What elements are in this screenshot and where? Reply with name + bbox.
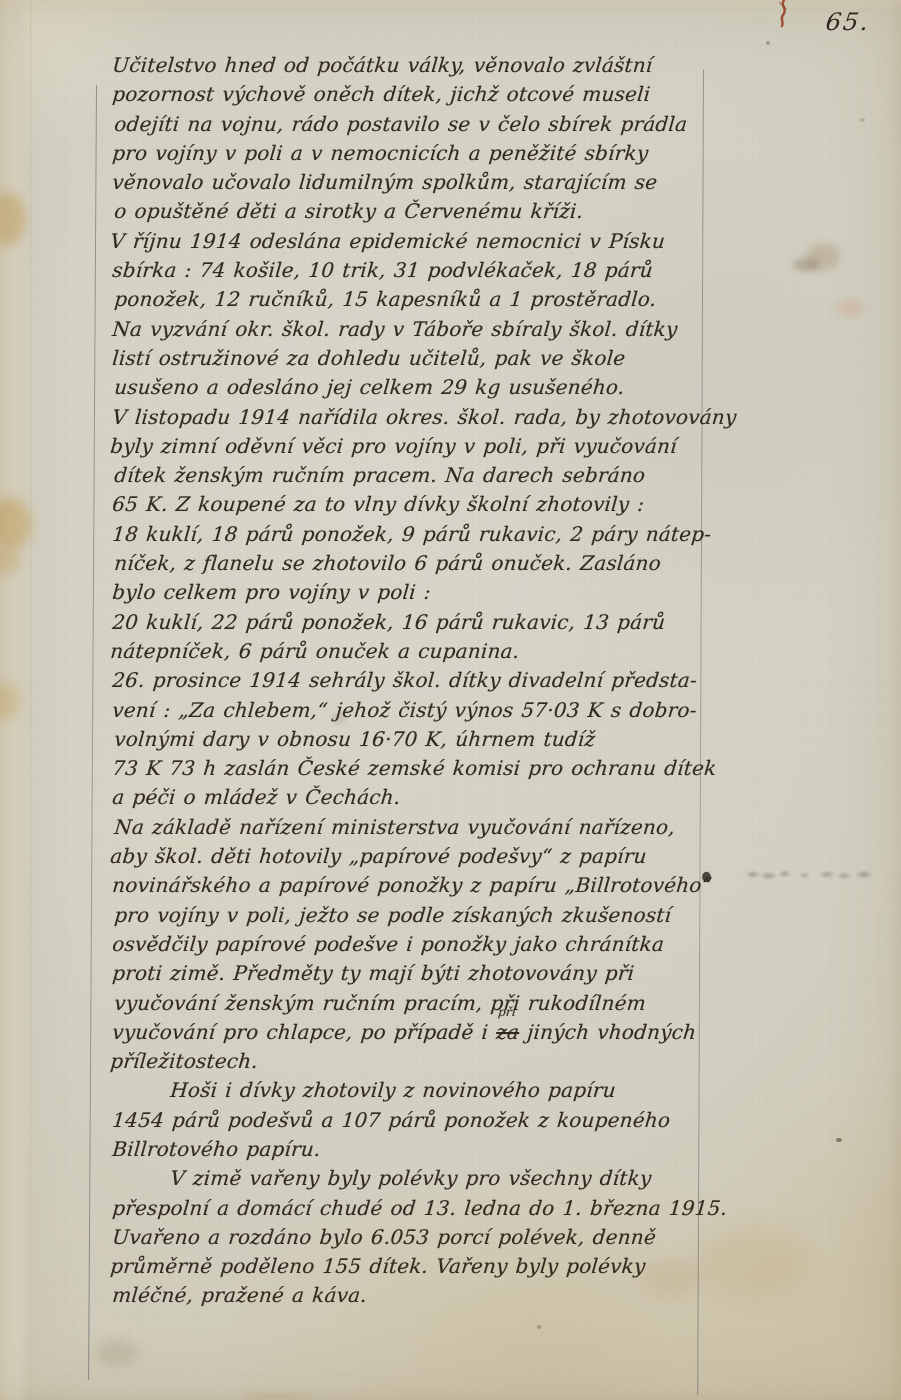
manuscript-line: Učitelstvo hned od počátku války, věnova… bbox=[111, 51, 714, 80]
manuscript-line: V zimě vařeny byly polévky pro všechny d… bbox=[113, 1164, 714, 1193]
manuscript-line: 26. prosince 1914 sehrály škol. dítky di… bbox=[111, 666, 714, 695]
manuscript-line: níček, z flanelu se zhotovilo 6 párů onu… bbox=[113, 549, 714, 578]
manuscript-line: nátepníček, 6 párů onuček a cupanina. bbox=[109, 637, 714, 666]
manuscript-line: pro vojíny v poli, ježto se podle získan… bbox=[113, 901, 714, 930]
manuscript-line: vyučování pro chlapce, po případě i zapř… bbox=[111, 1018, 714, 1047]
manuscript-line: Uvařeno a rozdáno bylo 6.053 porcí polév… bbox=[111, 1223, 714, 1252]
manuscript-line: vyučování ženským ručním pracím, při ruk… bbox=[113, 989, 714, 1018]
manuscript-line: Billrotového papíru. bbox=[111, 1135, 714, 1164]
manuscript-line: listí ostružinové za dohledu učitelů, pa… bbox=[111, 344, 714, 373]
manuscript-line: V říjnu 1914 odeslána epidemické nemocni… bbox=[109, 227, 714, 256]
manuscript-line: věnovalo učovalo lidumilným spolkům, sta… bbox=[111, 168, 714, 197]
manuscript-line: 1454 párů podešvů a 107 párů ponožek z k… bbox=[111, 1106, 714, 1135]
stain bbox=[700, 1228, 810, 1298]
manuscript-line: příležitostech. bbox=[109, 1047, 714, 1076]
manuscript-page: 65. Učitelstvo hned od počátku války, vě… bbox=[0, 0, 901, 1400]
manuscript-line: aby škol. děti hotovily „papírové podešv… bbox=[109, 842, 714, 871]
page-left-edge bbox=[0, 0, 31, 1400]
manuscript-line: V listopadu 1914 nařídila okres. škol. r… bbox=[111, 403, 714, 432]
manuscript-line: 65 K. Z koupené za to vlny dívky školní … bbox=[111, 490, 714, 519]
manuscript-line: osvědčily papírové podešve i ponožky jak… bbox=[111, 930, 714, 959]
manuscript-line: usušeno a odesláno jej celkem 29 kg usuš… bbox=[113, 373, 714, 402]
margin-rule-left bbox=[88, 85, 97, 1380]
manuscript-line: 18 kuklí, 18 párů ponožek, 9 párů rukavi… bbox=[111, 520, 714, 549]
manuscript-line: novinářského a papírové ponožky z papíru… bbox=[111, 871, 714, 900]
manuscript-line: volnými dary v obnosu 16·70 K, úhrnem tu… bbox=[113, 725, 714, 754]
corrected-word: zapři bbox=[495, 1018, 520, 1047]
page-number: 65. bbox=[824, 8, 872, 36]
fox-spot bbox=[766, 41, 770, 45]
fox-spot bbox=[240, 1394, 310, 1400]
manuscript-line: přespolní a domácí chudé od 13. ledna do… bbox=[111, 1194, 714, 1223]
fox-spot bbox=[537, 1325, 541, 1329]
manuscript-line: o opuštěné děti a sirotky a Červenému kř… bbox=[113, 197, 714, 226]
manuscript-line: a péči o mládež v Čechách. bbox=[111, 783, 714, 812]
stain bbox=[836, 300, 864, 316]
manuscript-line: dítek ženským ručním pracem. Na darech s… bbox=[113, 461, 714, 490]
manuscript-line: proti zimě. Předměty ty mají býti zhotov… bbox=[111, 959, 714, 988]
stain bbox=[806, 243, 840, 271]
manuscript-text: Učitelstvo hned od počátku války, věnova… bbox=[111, 51, 711, 1311]
stain bbox=[793, 258, 819, 272]
manuscript-line: odejíti na vojnu, rádo postavilo se v če… bbox=[113, 110, 714, 139]
manuscript-line: 20 kuklí, 22 párů ponožek, 16 párů rukav… bbox=[111, 608, 714, 637]
manuscript-line: ponožek, 12 ručníků, 15 kapesníků a 1 pr… bbox=[113, 285, 714, 314]
manuscript-line: Na vyzvání okr. škol. rady v Táboře sbír… bbox=[111, 315, 714, 344]
manuscript-line-segment: vyučování pro chlapce, po případě i bbox=[111, 1020, 497, 1044]
manuscript-line: vení : „Za chlebem,“ jehož čistý výnos 5… bbox=[111, 696, 714, 725]
fox-spot bbox=[836, 1138, 842, 1142]
red-ink-mark bbox=[770, 0, 796, 34]
manuscript-line: pro vojíny v poli a v nemocnicích a peně… bbox=[111, 139, 714, 168]
fox-spot bbox=[860, 118, 865, 122]
manuscript-line: pozornost výchově oněch dítek, jichž otc… bbox=[111, 80, 714, 109]
manuscript-line: průměrně poděleno 155 dítek. Vařeny byly… bbox=[109, 1252, 714, 1281]
stain bbox=[96, 1340, 138, 1366]
ink-show-through-smudge bbox=[745, 868, 877, 881]
manuscript-line-segment: jiných vhodných bbox=[518, 1020, 697, 1044]
manuscript-line: bylo celkem pro vojíny v poli : bbox=[111, 578, 714, 607]
inserted-word: při bbox=[498, 1006, 517, 1018]
manuscript-line: byly zimní oděvní věci pro vojíny v poli… bbox=[109, 432, 714, 461]
page-top-edge bbox=[0, 0, 901, 10]
manuscript-line: sbírka : 74 košile, 10 trik, 31 podvléka… bbox=[111, 256, 714, 285]
strikethrough-word: za bbox=[495, 1020, 520, 1044]
manuscript-line: Na základě nařízení ministerstva vyučová… bbox=[113, 813, 714, 842]
manuscript-line: mléčné, pražené a káva. bbox=[111, 1281, 714, 1310]
manuscript-line: Hoši i dívky zhotovily z novinového papí… bbox=[113, 1076, 714, 1105]
manuscript-line: 73 K 73 h zaslán České zemské komisi pro… bbox=[111, 754, 714, 783]
